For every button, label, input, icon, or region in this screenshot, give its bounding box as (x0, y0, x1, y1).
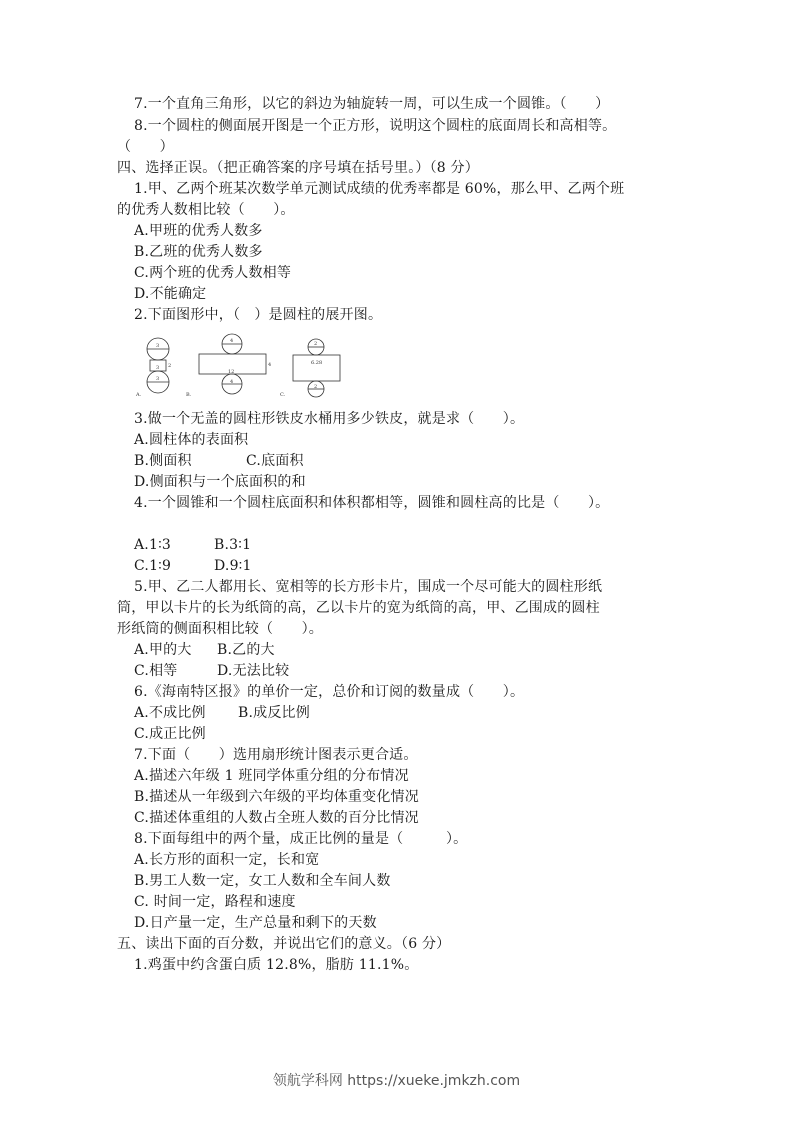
worksheet-page: 7.一个直角三角形，以它的斜边为轴旋转一周，可以生成一个圆锥。（ ） 8.一个圆… (0, 0, 793, 1122)
choice-q6-option-a: A.不成比例 (134, 704, 238, 722)
section-4-title: 四、选择正误。（把正确答案的序号填在括号里。）（8 分） (117, 159, 479, 177)
choice-q1-line1: 1.甲、乙两个班某次数学单元测试成绩的优秀率都是 60%，那么甲、乙两个班 (134, 180, 624, 198)
cylinder-net-diagram: 3 3 2 3 A. 4 12 4 4 B. 2 6.28 2 C. (135, 333, 365, 401)
fig-b-bottom-label: 4 (230, 379, 233, 385)
judge-question-8-line2: （ ） (117, 138, 174, 156)
choice-q3-option-d: D.侧面积与一个底面积的和 (134, 473, 306, 491)
choice-q5-options-ab: A.甲的大B.乙的大 (134, 641, 275, 659)
choice-q7: 7.下面（ ）选用扇形统计图表示更合适。 (134, 746, 418, 764)
choice-q6: 6.《海南特区报》的单价一定，总价和订阅的数量成（ ）。 (134, 683, 524, 701)
choice-q3-options-bc: B.侧面积C.底面积 (134, 452, 304, 470)
choice-q4: 4.一个圆锥和一个圆柱底面积和体积都相等，圆锥和圆柱高的比是（ ）。 (134, 494, 609, 512)
choice-q3-option-c: C.底面积 (246, 452, 304, 470)
choice-q5-line2: 筒，甲以卡片的长为纸筒的高，乙以卡片的宽为纸筒的高，甲、乙围成的圆柱 (117, 599, 600, 617)
choice-q2: 2.下面图形中，（ ）是圆柱的展开图。 (134, 306, 382, 324)
choice-q8-option-a: A.长方形的面积一定，长和宽 (134, 851, 319, 869)
choice-q3-option-a: A.圆柱体的表面积 (134, 431, 248, 449)
fig-a-top-label: 3 (156, 343, 159, 349)
choice-q8-option-b: B.男工人数一定，女工人数和全车间人数 (134, 872, 391, 890)
choice-q4-option-b: B.3∶1 (214, 536, 251, 554)
choice-q6-option-c: C.成正比例 (134, 725, 206, 743)
fig-c-top-label: 2 (314, 341, 317, 347)
choice-q1-option-d: D.不能确定 (134, 285, 206, 303)
choice-q7-option-b: B.描述从一年级到六年级的平均体重变化情况 (134, 788, 419, 806)
fig-c-rect-label: 6.28 (311, 360, 322, 366)
choice-q6-options-ab: A.不成比例B.成反比例 (134, 704, 310, 722)
fig-b-height-label: 4 (268, 362, 271, 368)
choice-q5-line1: 5.甲、乙二人都用长、宽相等的长方形卡片，围成一个尽可能大的圆柱形纸 (134, 578, 602, 596)
fig-b-label: B. (186, 392, 192, 398)
choice-q1-option-a: A.甲班的优秀人数多 (134, 222, 263, 240)
fig-a-bottom-label: 3 (156, 376, 159, 382)
fig-a-height-label: 2 (168, 363, 171, 369)
choice-q4-options-ab: A.1∶3B.3∶1 (134, 536, 251, 554)
fig-a-label: A. (135, 392, 142, 398)
fig-a-rect-label: 3 (156, 365, 159, 371)
choice-q4-option-c: C.1∶9 (134, 557, 214, 575)
choice-q5-option-b: B.乙的大 (217, 641, 275, 659)
choice-q8: 8.下面每组中的两个量，成正比例的量是（ ）。 (134, 830, 467, 848)
cylinder-net-figures: 3 3 2 3 A. 4 12 4 4 B. 2 6.28 2 C. (135, 333, 365, 401)
choice-q4-options-cd: C.1∶9D.9∶1 (134, 557, 252, 575)
fig-c-bottom-label: 2 (314, 384, 317, 390)
choice-q5-option-a: A.甲的大 (134, 641, 217, 659)
percent-q1: 1.鸡蛋中约含蛋白质 12.8%，脂肪 11.1%。 (134, 956, 418, 974)
section-5-title: 五、读出下面的百分数，并说出它们的意义。（6 分） (117, 935, 450, 953)
choice-q5-options-cd: C.相等D.无法比较 (134, 662, 289, 680)
judge-question-8-line1: 8.一个圆柱的侧面展开图是一个正方形，说明这个圆柱的底面周长和高相等。 (134, 117, 616, 135)
choice-q4-option-d: D.9∶1 (214, 557, 252, 575)
choice-q1-option-c: C.两个班的优秀人数相等 (134, 264, 291, 282)
choice-q1-line2: 的优秀人数相比较（ ）。 (117, 201, 295, 219)
choice-q1-option-b: B.乙班的优秀人数多 (134, 243, 263, 261)
footer-watermark: 领航学科网 https://xueke.jmkzh.com (0, 1070, 793, 1090)
choice-q8-option-d: D.日产量一定，生产总量和剩下的天数 (134, 914, 377, 932)
choice-q3-option-b: B.侧面积 (134, 452, 246, 470)
choice-q6-option-b: B.成反比例 (238, 704, 310, 722)
choice-q7-option-a: A.描述六年级 1 班同学体重分组的分布情况 (134, 767, 409, 785)
judge-question-7: 7.一个直角三角形，以它的斜边为轴旋转一周，可以生成一个圆锥。（ ） (134, 95, 609, 113)
fig-c-label: C. (280, 392, 286, 398)
choice-q7-option-c: C.描述体重组的人数占全班人数的百分比情况 (134, 809, 419, 827)
choice-q5-option-d: D.无法比较 (217, 662, 289, 680)
fig-b-top-label: 4 (230, 338, 233, 344)
fig-b-rect-label: 12 (228, 369, 234, 375)
choice-q5-option-c: C.相等 (134, 662, 217, 680)
choice-q3: 3.做一个无盖的圆柱形铁皮水桶用多少铁皮，就是求（ ）。 (134, 410, 524, 428)
choice-q8-option-c: C. 时间一定，路程和速度 (134, 893, 296, 911)
choice-q5-line3: 形纸筒的侧面积相比较（ ）。 (117, 620, 323, 638)
choice-q4-option-a: A.1∶3 (134, 536, 214, 554)
